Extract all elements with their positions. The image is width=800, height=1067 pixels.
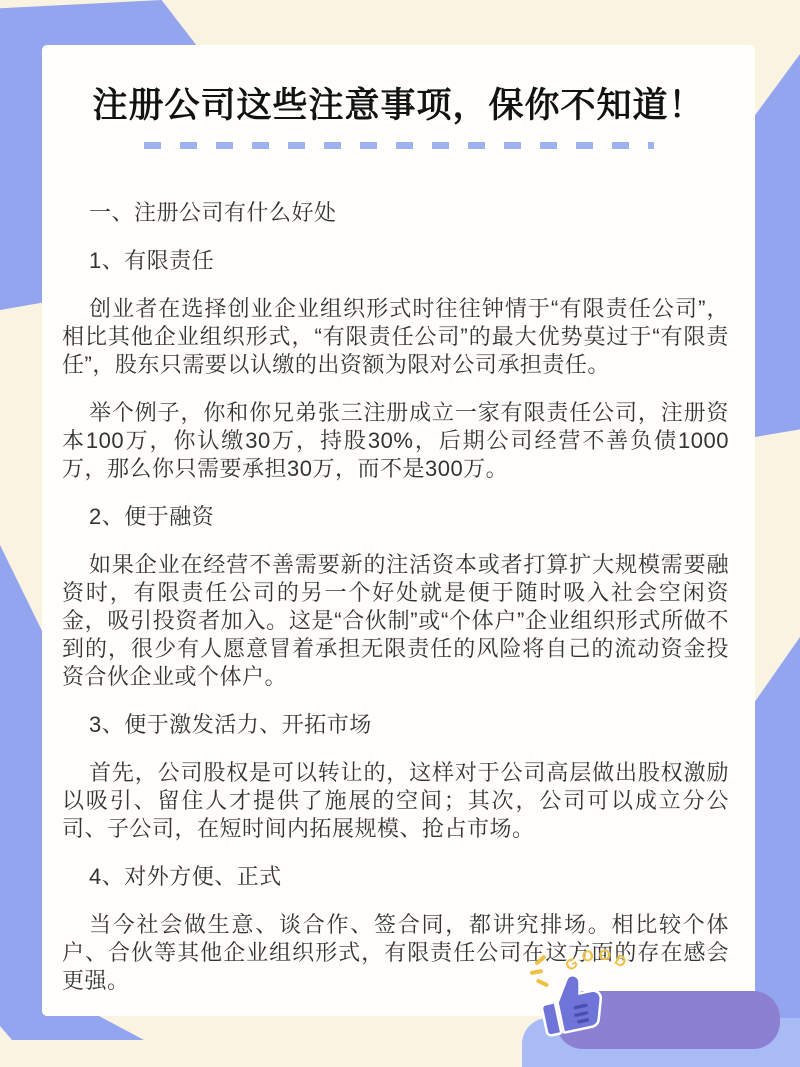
article-subheading: 2、便于融资 (62, 503, 729, 531)
article-paragraph: 首先，公司股权是可以转让的，这样对于公司高层做出股权激励以吸引、留住人才提供了施… (62, 759, 729, 843)
blue-left-lower-bar-shape (0, 545, 46, 1040)
dashed-divider (144, 142, 654, 149)
sparkle-icon (534, 954, 547, 965)
article-paragraph: 如果企业在经营不善需要新的注活资本或者打算扩大规模需要融资时，有限责任公司的另一… (62, 551, 729, 691)
page-title: 注册公司这些注意事项，保你不知道！ (52, 83, 745, 129)
article-subheading: 4、对外方便、正式 (62, 863, 729, 891)
good-arc-letter: D (612, 951, 630, 971)
article-body: 一、注册公司有什么好处1、有限责任创业者在选择创业企业组织形式时往往钟情于“有限… (62, 199, 729, 995)
article-heading: 一、注册公司有什么好处 (62, 199, 729, 227)
thumbs-up-sticker: GOOD (528, 944, 638, 1048)
article-paragraph: 创业者在选择创业企业组织形式时往往钟情于“有限责任公司”，相比其他企业组织形式，… (62, 295, 729, 379)
article-subheading: 1、有限责任 (62, 247, 729, 275)
content-card: 注册公司这些注意事项，保你不知道！ 一、注册公司有什么好处1、有限责任创业者在选… (42, 45, 755, 1016)
blue-left-upper-bar-shape (0, 44, 46, 310)
article-subheading: 3、便于激发活力、开拓市场 (62, 711, 729, 739)
blue-corner-top-left-shape (0, 0, 197, 46)
article-paragraph: 举个例子，你和你兄弟张三注册成立一家有限责任公司，注册资本100万，你认缴30万… (62, 399, 729, 483)
blue-right-upper-bar-shape (755, 54, 800, 437)
blue-bottom-left-tab-shape (44, 1016, 144, 1040)
thumbs-up-icon (529, 959, 619, 1049)
